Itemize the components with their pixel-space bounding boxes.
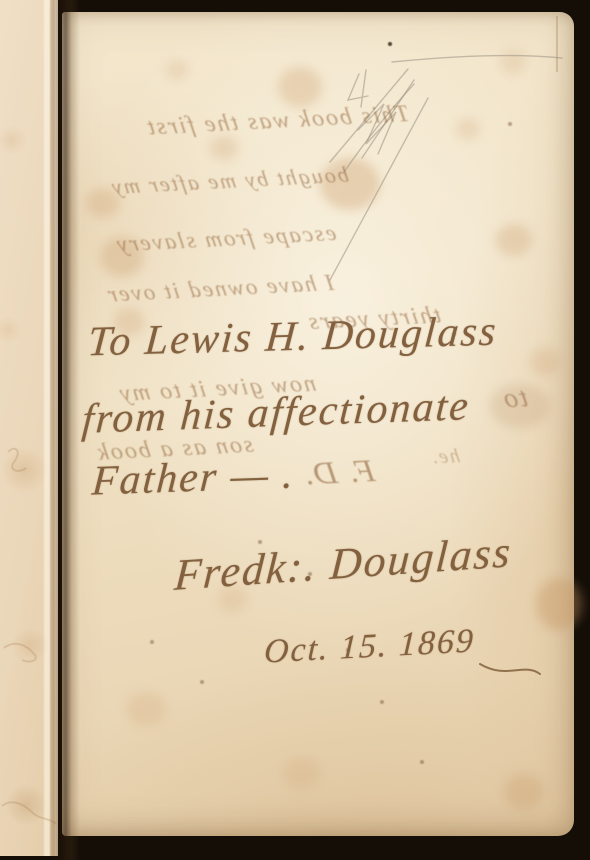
bleed-fragment: to xyxy=(500,383,531,415)
ink-flourish xyxy=(480,664,540,674)
book-photo: This book was the first bought by me aft… xyxy=(0,0,590,860)
bleed-fragment: he. xyxy=(428,445,461,468)
faint-offset-marks xyxy=(0,0,58,856)
book-page: This book was the first bought by me aft… xyxy=(62,12,574,836)
facing-page-edge xyxy=(0,0,58,856)
inscription-line-3: Father — . xyxy=(90,451,296,504)
bleed-fragment-initials: F. D. xyxy=(299,453,377,492)
